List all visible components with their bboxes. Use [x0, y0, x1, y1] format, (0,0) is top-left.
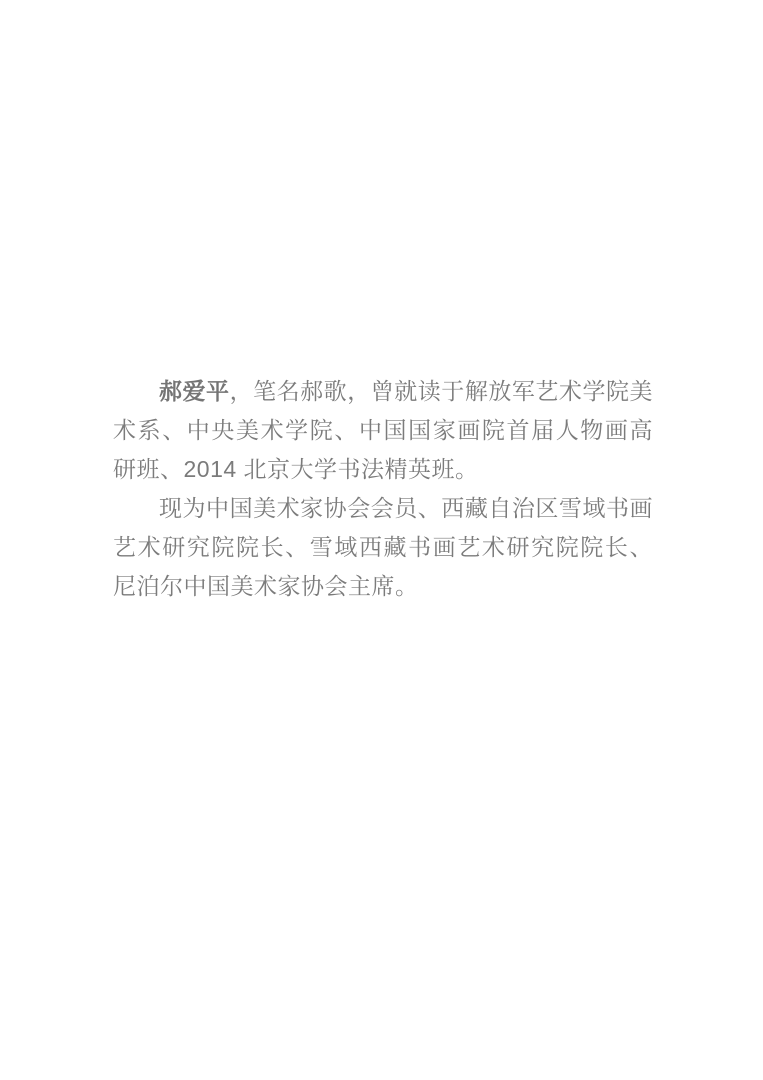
biography-text-block: 郝爱平，笔名郝歌，曾就读于解放军艺术学院美术系、中央美术学院、中国国家画院首届人…	[113, 372, 653, 606]
bio-paragraph-memberships-text: 现为中国美术家协会会员、西藏自治区雪域书画艺术研究院院长、雪域西藏书画艺术研究院…	[113, 495, 653, 599]
bio-paragraph-memberships: 现为中国美术家协会会员、西藏自治区雪域书画艺术研究院院长、雪域西藏书画艺术研究院…	[113, 489, 653, 606]
bio-paragraph-education: 郝爱平，笔名郝歌，曾就读于解放军艺术学院美术系、中央美术学院、中国国家画院首届人…	[113, 372, 653, 489]
artist-name: 郝爱平	[159, 378, 230, 404]
document-page: 郝爱平，笔名郝歌，曾就读于解放军艺术学院美术系、中央美术学院、中国国家画院首届人…	[0, 0, 763, 1080]
